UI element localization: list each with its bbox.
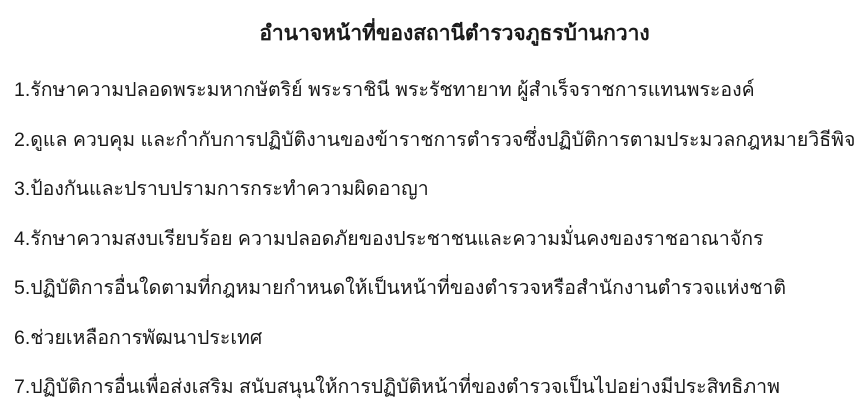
list-item: 4.รักษาความสงบเรียบร้อย ความปลอดภัยของปร… xyxy=(14,215,855,265)
document-page: อำนาจหน้าที่ของสถานีตำรวจภูธรบ้านกวาง 1.… xyxy=(0,0,855,414)
list-item: 1.รักษาความปลอดพระมหากษัตริย์ พระราชินี … xyxy=(14,66,855,116)
list-item: 5.ปฏิบัติการอื่นใดตามที่กฎหมายกำหนดให้เป… xyxy=(14,264,855,314)
list-item: 2.ดูแล ควบคุม และกำกับการปฏิบัติงานของข้… xyxy=(14,116,855,166)
list-item: 6.ช่วยเหลือการพัฒนาประเทศ xyxy=(14,314,855,364)
list-item: 3.ป้องกันและปราบปรามการกระทำความผิดอาญา xyxy=(14,165,855,215)
list-item: 7.ปฏิบัติการอื่นเพื่อส่งเสริม สนับสนุนให… xyxy=(14,363,855,413)
duties-list: 1.รักษาความปลอดพระมหากษัตริย์ พระราชินี … xyxy=(0,66,855,413)
page-title: อำนาจหน้าที่ของสถานีตำรวจภูธรบ้านกวาง xyxy=(27,0,855,66)
